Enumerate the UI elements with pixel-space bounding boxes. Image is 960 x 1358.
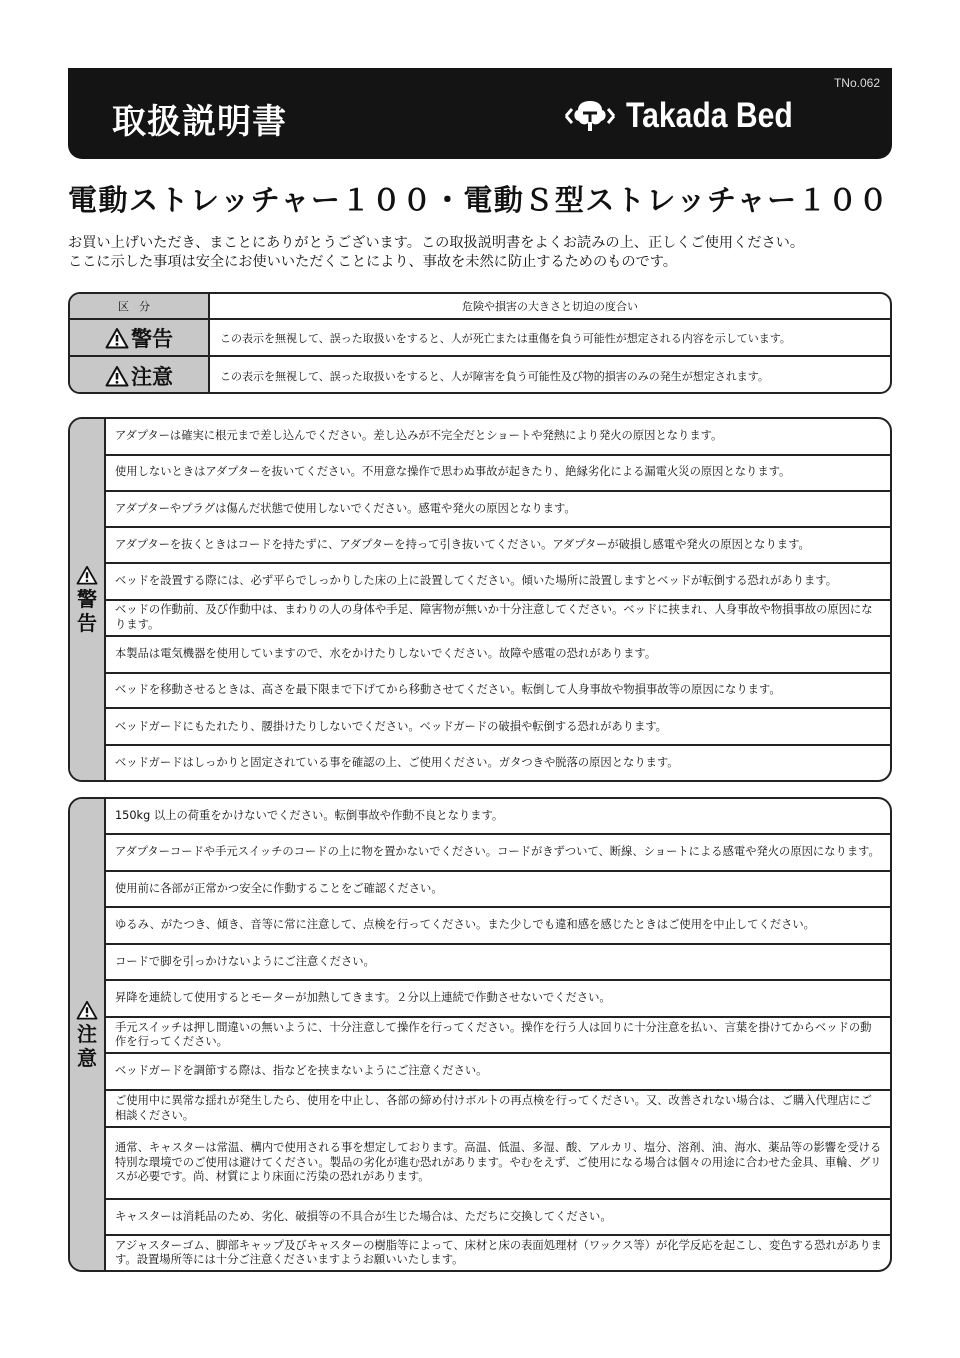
warning-triangle-icon [105, 327, 129, 349]
warning-item: ベッドガードはしっかりと固定されている事を確認の上、ご使用ください。ガタつきや脱… [106, 746, 890, 780]
legend-header-description: 危険や損害の大きさと切迫の度合い [210, 294, 890, 318]
document-number: TNo.062 [834, 76, 880, 90]
caution-item: ゆるみ、がたつき、傾き、音等に常に注意して、点検を行ってください。また少しでも違… [106, 908, 890, 945]
brand-name: Takada Bed [626, 96, 815, 136]
intro-text: お買い上げいただき、まことにありがとうございます。この取扱説明書をよくお読みの上… [68, 234, 804, 272]
product-title: 電動ストレッチャー１００・電動Ｓ型ストレッチャー１００ [68, 178, 889, 219]
caution-item: アジャスターゴム、脚部キャップ及びキャスターの樹脂等によって、床材と床の表面処理… [106, 1236, 890, 1270]
warning-item: アダプターやプラグは傷んだ状態で使用しないでください。感電や発火の原因となります… [106, 492, 890, 529]
warning-item: 本製品は電気機器を使用していますので、水をかけたりしないでください。故障や感電の… [106, 637, 890, 674]
warning-triangle-icon [105, 365, 129, 387]
warning-triangle-icon [76, 1000, 98, 1020]
warning-item: アダプターを抜くときはコードを持たずに、アダプターを持って引き抜いてください。ア… [106, 528, 890, 564]
caution-item: 昇降を連続して使用するとモーターが加熱してきます。２分以上連続で作動させないでく… [106, 981, 890, 1018]
caution-section: 注 意 150kg 以上の荷重をかけないでください。転倒事故や作動不良となります… [68, 797, 892, 1272]
warning-item: 使用しないときはアダプターを抜いてください。不用意な操作で思わぬ事故が起きたり、… [106, 456, 890, 492]
warning-item: ベッドガードにもたれたり、腰掛けたりしないでください。ベッドガードの破損や転倒す… [106, 709, 890, 746]
document-header: 取扱説明書 TNo.062 Takada Bed [68, 68, 892, 159]
intro-line-2: ここに示した事項は安全にお使いいただくことにより、事故を未然に防止するためのもの… [68, 253, 804, 272]
caution-item: ベッドガードを調節する際は、指などを挟まないようにご注意ください。 [106, 1054, 890, 1091]
warning-section: 警 告 アダプターは確実に根元まで差し込んでください。差し込みが不完全だとショー… [68, 417, 892, 782]
hazard-level-legend: 区分 危険や損害の大きさと切迫の度合い 警告 この表示を無視して、誤った取扱いを… [68, 292, 892, 394]
legend-row-warning: 警告 この表示を無視して、誤った取扱いをすると、人が死亡または重傷を負う可能性が… [70, 320, 890, 357]
caution-item: 使用前に各部が正常かつ安全に作動することをご確認ください。 [106, 872, 890, 908]
warning-triangle-icon [76, 565, 98, 585]
legend-level-warning: 警告 [131, 323, 173, 353]
legend-description-caution: この表示を無視して、誤った取扱いをすると、人が障害を負う可能性及び物的損害のみの… [210, 357, 890, 394]
intro-line-1: お買い上げいただき、まことにありがとうございます。この取扱説明書をよくお読みの上… [68, 234, 804, 253]
warning-label-char: 告 [77, 611, 97, 635]
caution-item: キャスターは消耗品のため、劣化、破損等の不具合が生じた場合は、ただちに交換してく… [106, 1200, 890, 1236]
caution-item: 150kg 以上の荷重をかけないでください。転倒事故や作動不良となります。 [106, 799, 890, 835]
caution-item: 手元スイッチは押し間違いの無いように、十分注意して操作を行ってください。操作を行… [106, 1018, 890, 1054]
warning-section-label: 警 告 [70, 419, 106, 780]
caution-item: ご使用中に異常な揺れが発生したら、使用を中止し、各部の締め付けボルトの再点検を行… [106, 1091, 890, 1128]
document-title: 取扱説明書 [112, 94, 287, 143]
brand-logo: Takada Bed [560, 96, 846, 136]
caution-item: 通常、キャスターは常温、構内で使用される事を想定しております。高温、低温、多湿、… [106, 1128, 890, 1200]
legend-header-row: 区分 危険や損害の大きさと切迫の度合い [70, 294, 890, 320]
caution-items: 150kg 以上の荷重をかけないでください。転倒事故や作動不良となります。 アダ… [106, 799, 890, 1270]
legend-description-warning: この表示を無視して、誤った取扱いをすると、人が死亡または重傷を負う可能性が想定さ… [210, 320, 890, 355]
warning-item: ベッドの作動前、及び作動中は、まわりの人の身体や手足、障害物が無いか十分注意して… [106, 601, 890, 637]
warning-item: ベッドを設置する際には、必ず平らでしっかりした床の上に設置してください。傾いた場… [106, 564, 890, 601]
warning-item: アダプターは確実に根元まで差し込んでください。差し込みが不完全だとショートや発熱… [106, 419, 890, 456]
caution-label-char: 注 [77, 1022, 97, 1046]
caution-label-char: 意 [77, 1046, 97, 1070]
legend-level-caution: 注意 [131, 361, 173, 391]
warning-item: ベッドを移動させるときは、高さを最下限まで下げてから移動させてください。転倒して… [106, 674, 890, 710]
legend-header-category: 区分 [70, 294, 210, 318]
takada-bed-logo-icon [560, 96, 620, 136]
legend-row-caution: 注意 この表示を無視して、誤った取扱いをすると、人が障害を負う可能性及び物的損害… [70, 357, 890, 394]
caution-item: コードで脚を引っかけないようにご注意ください。 [106, 945, 890, 981]
caution-item: アダプターコードや手元スイッチのコードの上に物を置かないでください。コードがきず… [106, 835, 890, 872]
warning-label-char: 警 [77, 587, 97, 611]
warning-items: アダプターは確実に根元まで差し込んでください。差し込みが不完全だとショートや発熱… [106, 419, 890, 780]
caution-section-label: 注 意 [70, 799, 106, 1270]
